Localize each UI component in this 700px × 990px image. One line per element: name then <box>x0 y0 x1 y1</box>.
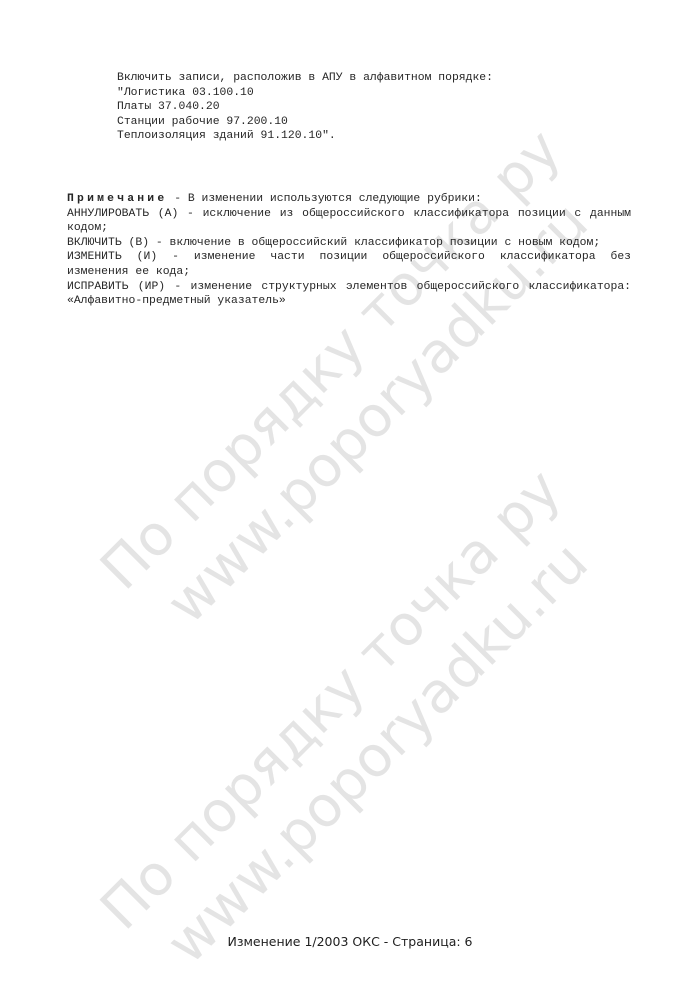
include-records-block: Включить записи, расположив в АПУ в алфа… <box>117 71 493 144</box>
note-block: Примечание - В изменении используются сл… <box>67 192 631 309</box>
document-page: Включить записи, расположив в АПУ в алфа… <box>0 0 700 990</box>
rubric-correct: ИСПРАВИТЬ (ИР) - изменение структурных э… <box>67 280 631 309</box>
rubric-include: ВКЛЮЧИТЬ (В) - включение в общероссийски… <box>67 236 631 251</box>
page-footer: Изменение 1/2003 ОКС - Страница: 6 <box>0 934 700 949</box>
include-entry: Станции рабочие 97.200.10 <box>117 115 493 130</box>
include-entry: Платы 37.040.20 <box>117 100 493 115</box>
include-entry: "Логистика 03.100.10 <box>117 86 493 101</box>
include-entry: Теплоизоляция зданий 91.120.10". <box>117 129 493 144</box>
rubric-change: ИЗМЕНИТЬ (И) - изменение части позиции о… <box>67 250 631 279</box>
note-intro: - В изменении используются следующие руб… <box>167 193 481 205</box>
note-heading: Примечание - В изменении используются сл… <box>67 192 631 207</box>
note-title: Примечание <box>67 193 167 205</box>
rubric-annul: АННУЛИРОВАТЬ (А) - исключение из общерос… <box>67 207 631 236</box>
include-intro: Включить записи, расположив в АПУ в алфа… <box>117 71 493 86</box>
